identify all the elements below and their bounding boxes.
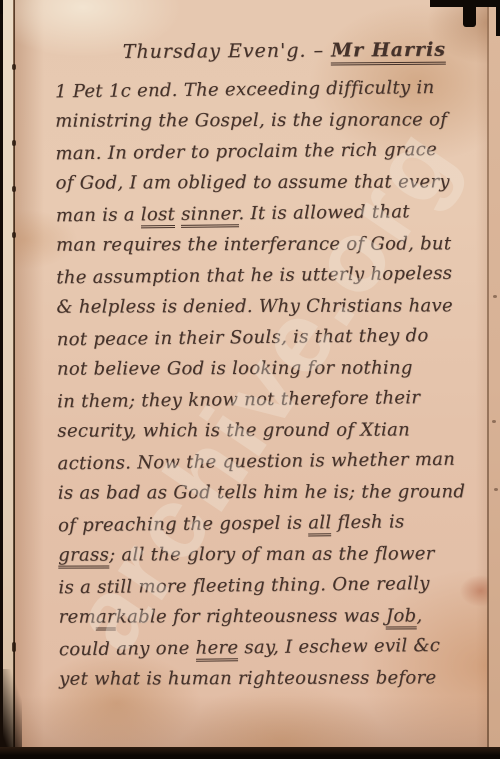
manuscript-line: not peace in their Souls, is that they d… [57,320,474,356]
binding-stitch [12,186,16,192]
manuscript-line: man is a lost sinner. It is allowed that [56,196,473,232]
manuscript-line: is a still more fleeting thing. One real… [58,568,475,604]
photo-corner-bottom-left [0,669,22,759]
underlined-word: all [308,512,331,536]
photo-corner-top-right-side [496,0,500,36]
manuscript-line: man. In order to proclaim the rich grace [55,134,472,170]
manuscript-line: & helpless is denied. Why Christians hav… [56,290,473,322]
manuscript-line: actions. Now the question is whether man [57,444,474,480]
manuscript-text: Thursday Even'g. – Mr Harris 1 Pet 1c en… [12,0,500,750]
manuscript-line: 1 Pet 1c end. The exceeding difficulty i… [55,72,472,108]
manuscript-line: not believe God is looking for nothing [57,352,474,384]
manuscript-page: Thursday Even'g. – Mr Harris 1 Pet 1c en… [15,0,500,748]
underlined-word: grass [58,544,109,568]
manuscript-line: of God, I am obliged to assume that ever… [56,166,473,198]
manuscript-line: grass; all the glory of man as the flowe… [58,538,475,570]
binding-stitch [12,642,16,652]
underlined-word: sinner [181,203,239,228]
manuscript-line: man requires the interferance of God, bu… [56,228,473,260]
underlined-word: here [196,637,239,661]
manuscript-line: remarkable for righteousness was Job, [59,600,476,632]
manuscript-line: of preaching the gospel is all flesh is [58,506,475,542]
manuscript-line: in them; they know not therefore their [57,382,474,418]
manuscript-line: ministring the Gospel, is the ignorance … [55,104,472,136]
ink-speck [493,295,497,298]
manuscript-line: could any one here say, I eschew evil &c [59,630,476,666]
manuscript-line: yet what is human righteousness before [59,662,476,694]
heading-speaker: Mr Harris [331,39,446,66]
manuscript-line: is as bad as God tells him he is; the gr… [58,476,475,508]
manuscript-line: security, which is the ground of Xtian [57,414,474,446]
ink-speck [494,488,498,491]
page-heading: Thursday Even'g. – Mr Harris [123,38,472,62]
underlined-word: Job [386,605,417,629]
manuscript-photo: Thursday Even'g. – Mr Harris 1 Pet 1c en… [0,0,500,759]
binding-stitch [12,64,16,70]
photo-corner-top-left [0,0,3,14]
binding-stitch [12,232,16,238]
heading-day: Thursday Even'g. – [123,39,331,62]
next-page-edge [489,0,500,748]
binding-stitch [12,140,16,146]
book-edge-bottom [0,747,500,759]
page-tab-notch [463,0,476,27]
underlined-word: ar [96,606,116,630]
ink-speck [492,420,496,423]
manuscript-line: the assumption that he is utterly hopele… [56,258,473,294]
manuscript-lines: 1 Pet 1c end. The exceeding difficulty i… [55,72,476,695]
underlined-word: lost [141,204,176,228]
